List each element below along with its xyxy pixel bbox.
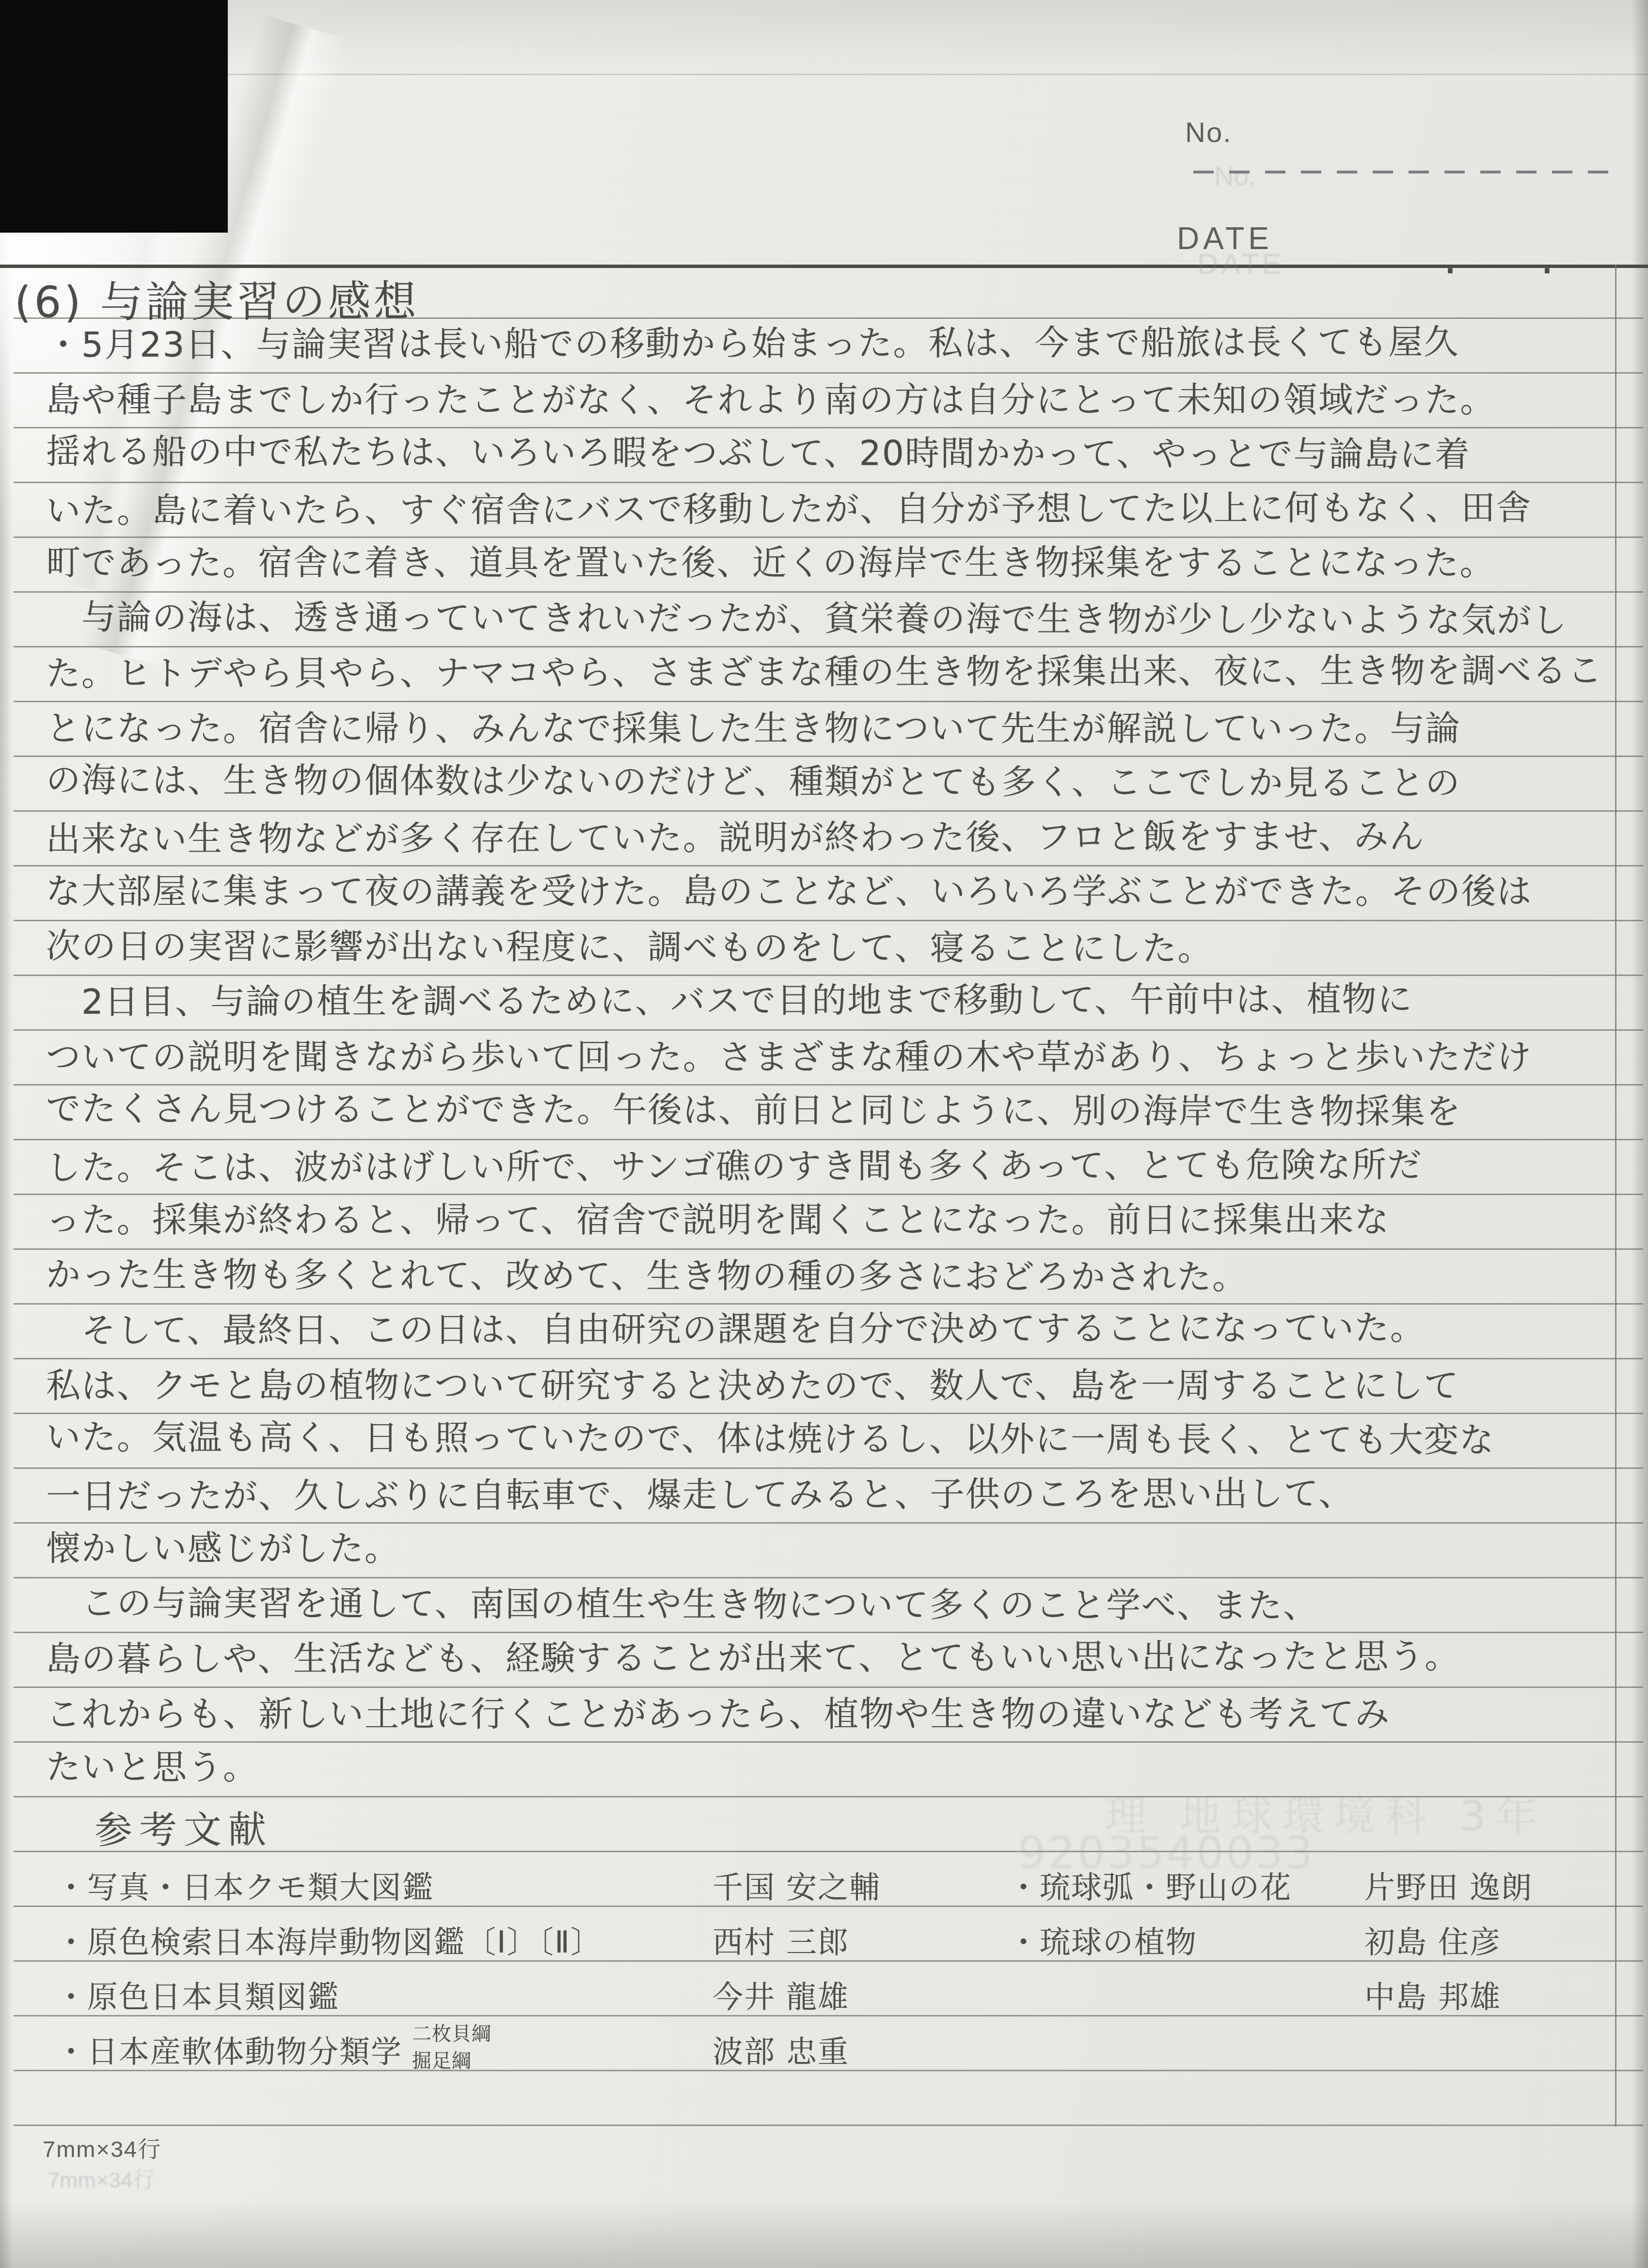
reference-title: ・写真・日本クモ類大図鑑 xyxy=(56,1863,434,1907)
reference-title: ・日本産軟体動物分類学 xyxy=(56,2027,402,2071)
reference-author: 中島 邦雄 xyxy=(1364,1972,1501,2016)
references-list: ・写真・日本クモ類大図鑑千国 安之輔・琉球弧・野山の花片野田 逸朗・原色検索日本… xyxy=(0,0,1648,2268)
ghost-paper-spec-label: 7mm×34行 xyxy=(48,2162,155,2194)
notebook-page-scan: No. No. DATE DATE . . (6) 与論実習の感想 ・5月23日… xyxy=(0,0,1648,2268)
reference-author: 今井 龍雄 xyxy=(713,1972,849,2016)
reference-author: 西村 三郎 xyxy=(713,1918,849,1962)
reference-note: 二枚貝綱掘足綱 xyxy=(412,2020,491,2075)
reference-title: ・原色日本貝類図鑑 xyxy=(56,1972,339,2016)
ghost-student-number-text: 9203540033 xyxy=(1018,1828,1315,1879)
reference-title: ・原色検索日本海岸動物図鑑〔Ⅰ〕〔Ⅱ〕 xyxy=(56,1918,602,1962)
reference-row: ・写真・日本クモ類大図鑑千国 安之輔・琉球弧・野山の花片野田 逸朗 xyxy=(0,1863,1648,1916)
reference-row: ・日本産軟体動物分類学波部 忠重二枚貝綱掘足綱 xyxy=(0,2027,1648,2080)
reference-author: 波部 忠重 xyxy=(713,2027,849,2071)
reference-author: 初島 住彦 xyxy=(1364,1918,1501,1962)
reference-row: ・原色検索日本海岸動物図鑑〔Ⅰ〕〔Ⅱ〕西村 三郎・琉球の植物初島 住彦 xyxy=(0,1918,1648,1971)
reference-title: ・琉球の植物 xyxy=(1008,1918,1197,1962)
reference-author: 千国 安之輔 xyxy=(713,1863,881,1907)
reference-author: 片野田 逸朗 xyxy=(1364,1863,1533,1907)
paper-spec-label: 7mm×34行 xyxy=(43,2131,161,2164)
reference-row: ・原色日本貝類図鑑今井 龍雄中島 邦雄 xyxy=(0,1972,1648,2026)
